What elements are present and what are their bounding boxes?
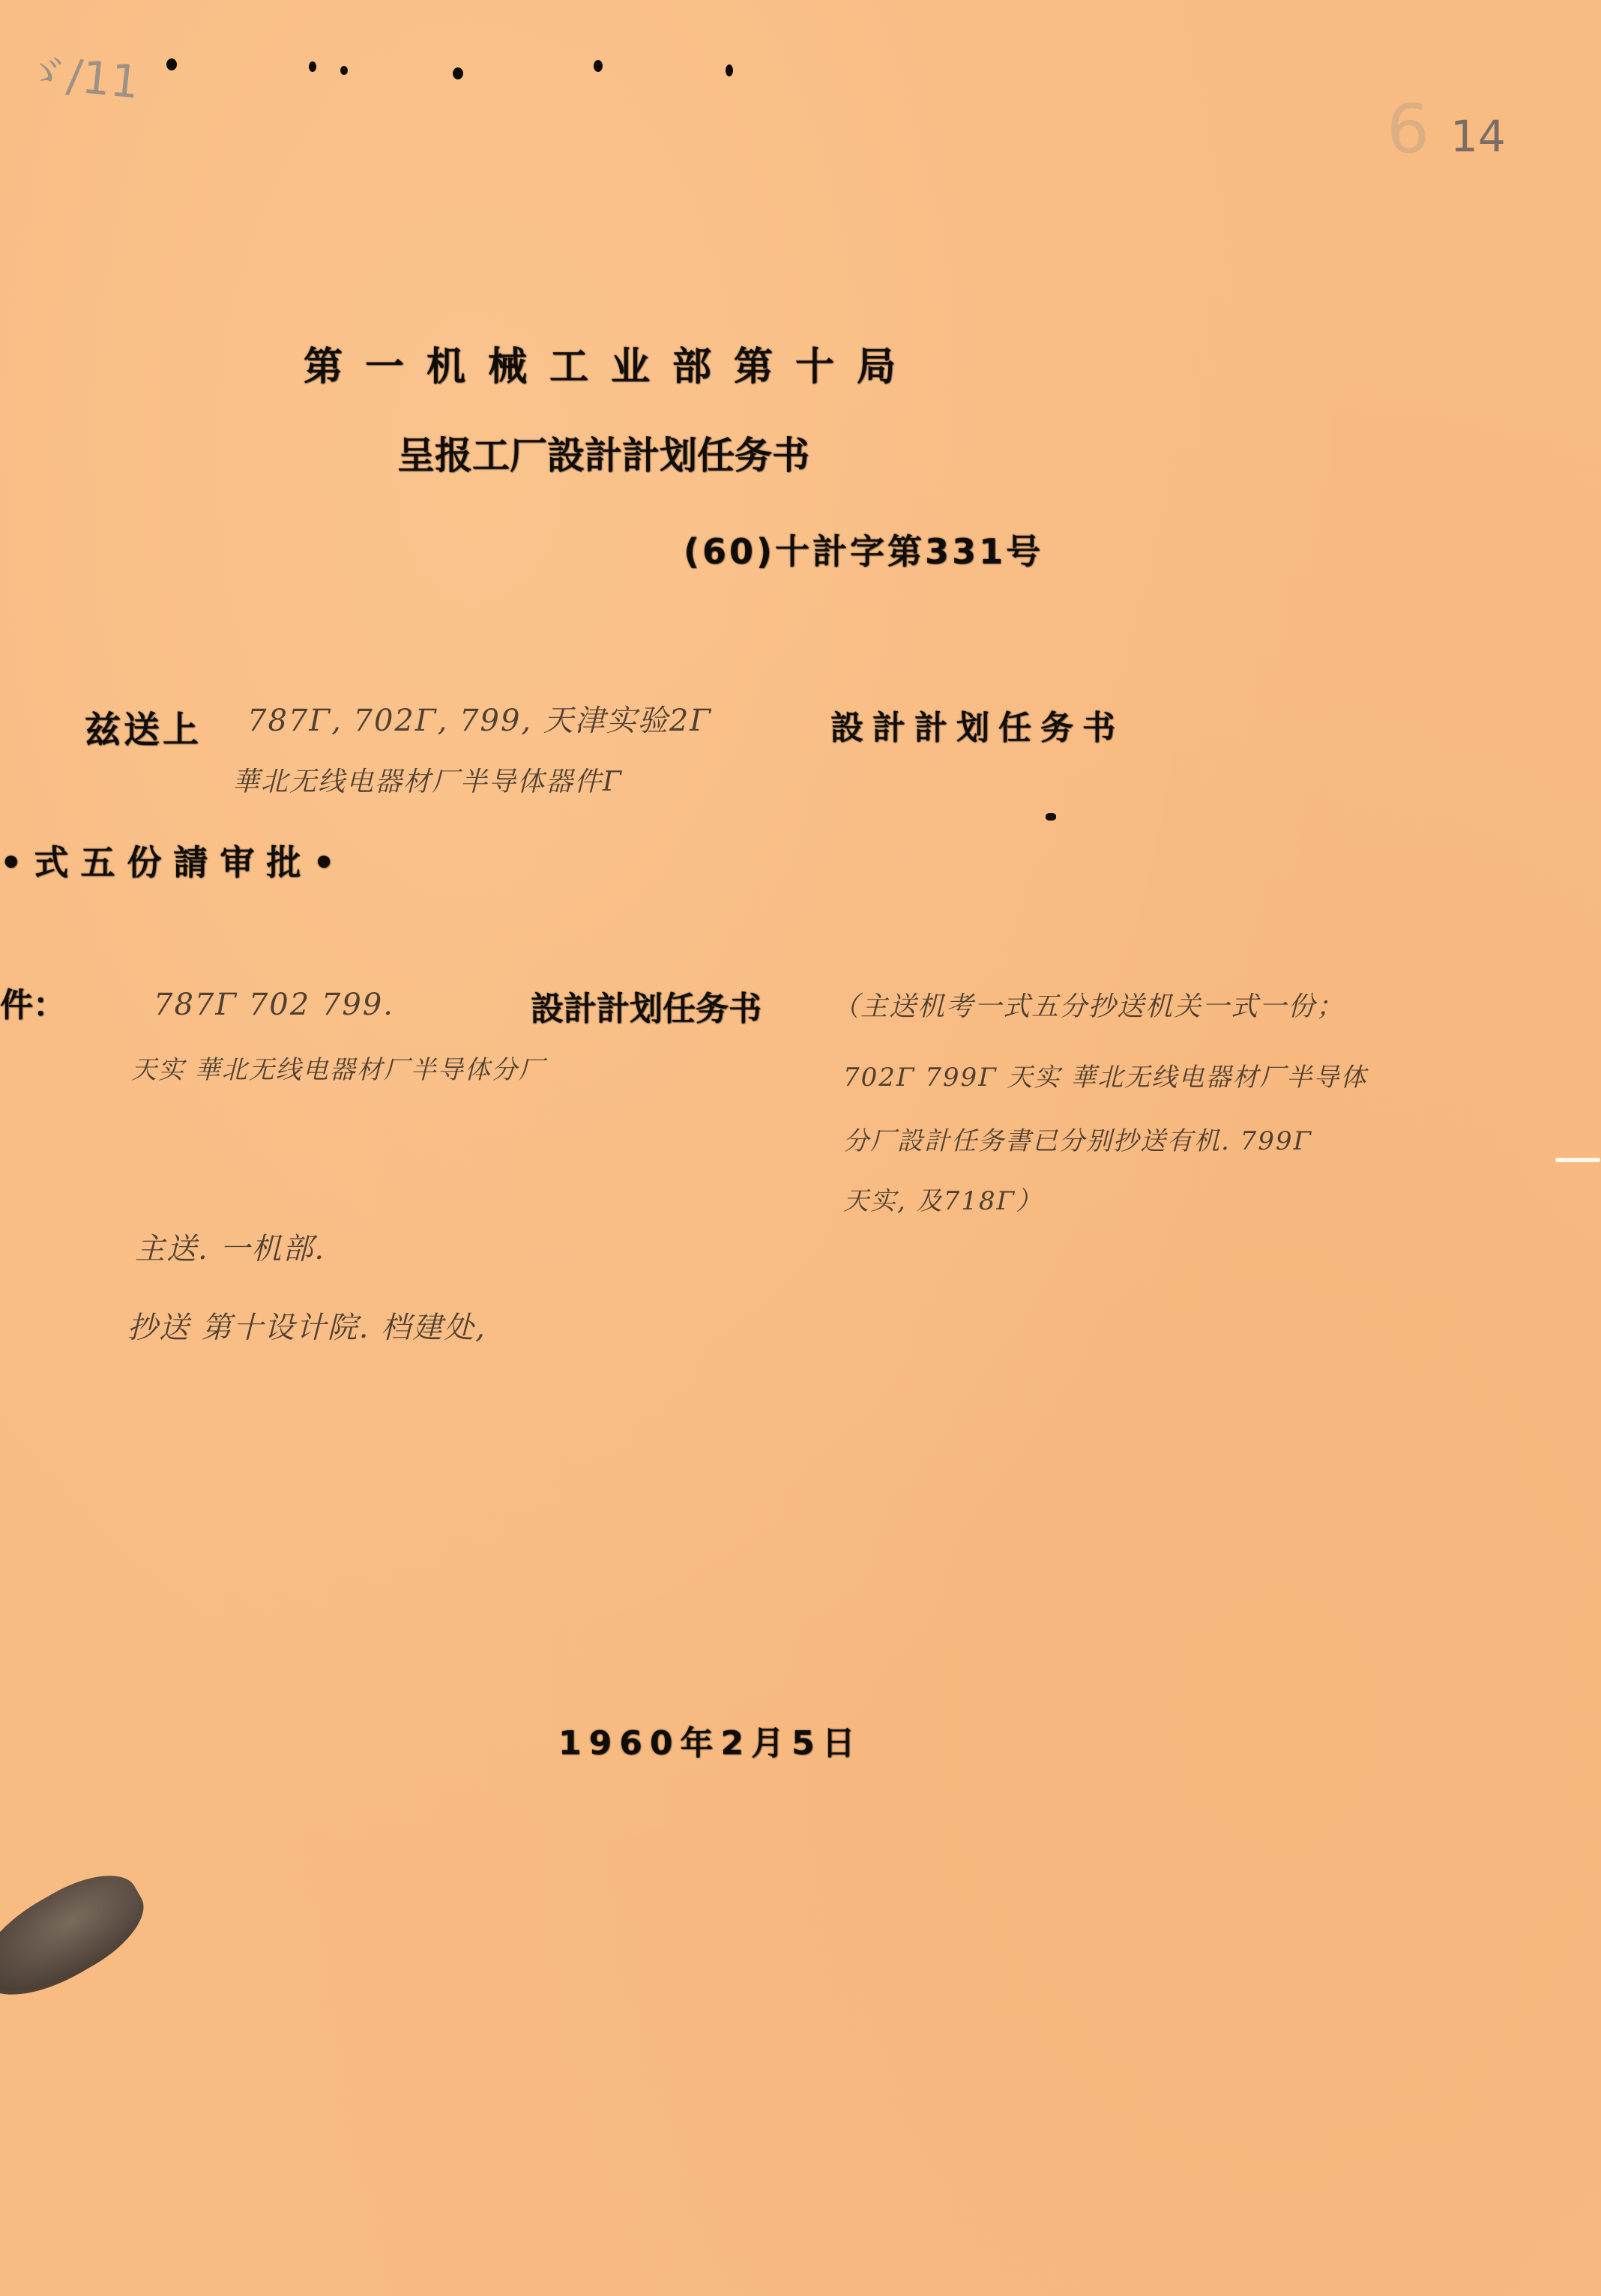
punch-hole [340, 66, 348, 75]
ink-speck [1046, 813, 1056, 821]
page-number: 14 [1450, 111, 1506, 162]
attachment-label: 件： [0, 978, 66, 1026]
punch-hole [594, 60, 603, 72]
paper-tear [1555, 1158, 1600, 1162]
punch-hole [309, 61, 316, 72]
corner-pencil-mark: ゞ/11 [19, 35, 143, 112]
document-date: 1960年2月5日 [558, 1716, 863, 1764]
copies-approval-line: •式五份請审批• [0, 836, 347, 885]
attachment-handwritten-1: 787Γ 702 799. [154, 988, 394, 1022]
attachment-document-name: 設計計划任务书 [531, 982, 762, 1030]
main-recipient: 主送. 一机部. [135, 1225, 325, 1268]
copy-recipients: 抄送 第十设计院. 档建处, [127, 1304, 486, 1347]
sent-handwritten-factories: 787Γ, 702Γ, 799, 天津实验2Γ [247, 697, 712, 740]
attachment-note-line-3: 分厂設計任务書已分别抄送有机. 799Γ [843, 1120, 1312, 1157]
document-title: 呈报工厂設計計划任务书 [397, 426, 809, 480]
sent-label: 兹送上 [85, 701, 202, 752]
punch-hole [726, 64, 733, 76]
issuer-heading: 第一机械工业部第十局 [304, 335, 918, 391]
punch-hole [453, 67, 463, 79]
sent-handwritten-factories-2: 華北无线电器材厂半导体器件Γ [232, 761, 623, 799]
sent-document-name: 設計計划任务书 [830, 701, 1124, 749]
attachment-handwritten-2: 天实 華北无线电器材厂半导体分厂 [131, 1049, 546, 1086]
attachment-note-line-2: 702Γ 799Γ 天实 華北无线电器材厂半导体 [843, 1057, 1367, 1093]
attachment-note-line-1: （主送机考一式五分抄送机关一式一份； [832, 985, 1345, 1024]
punch-hole [166, 58, 177, 70]
document-number: (60)十計字第331号 [684, 525, 1043, 574]
page-number-ghost: 6 [1387, 90, 1429, 169]
attachment-note-line-4: 天实, 及718Γ） [843, 1180, 1043, 1217]
